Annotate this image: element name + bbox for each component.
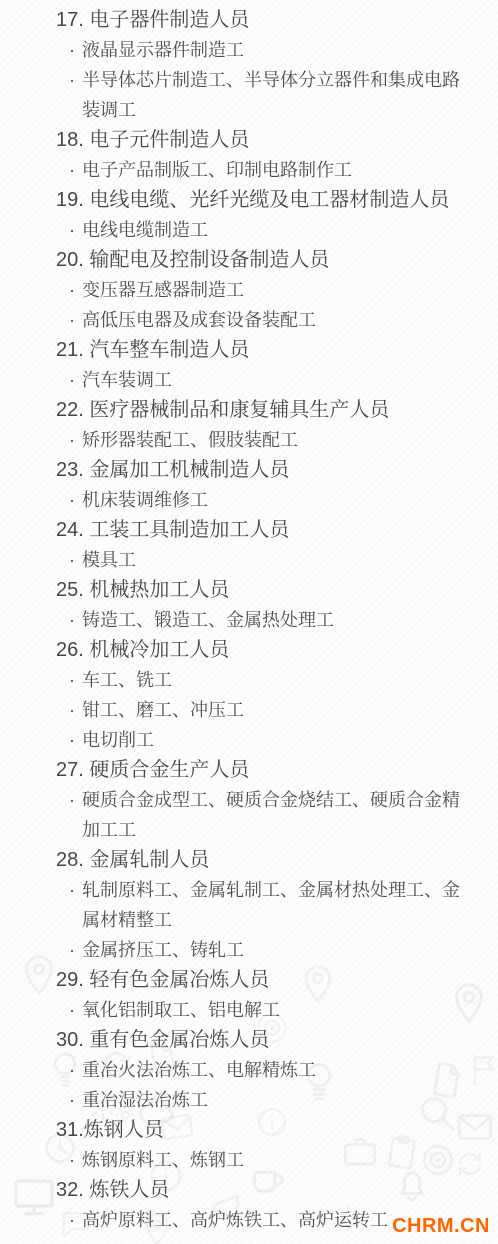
bullet-dot-icon: · <box>64 65 80 95</box>
occupation-item: 28. 金属轧制人员 · 轧制原料工、金属轧制工、金属材热处理工、金属材精整工 … <box>0 845 498 965</box>
occupation-heading: 25. 机械热加工人员 <box>0 575 498 605</box>
bullet-dot-icon: · <box>64 365 80 395</box>
bullet-dot-icon: · <box>64 1145 80 1175</box>
occupation-heading: 22. 医疗器械制品和康复辅具生产人员 <box>0 395 498 425</box>
entry-text: 液晶显示器件制造工 <box>82 40 244 60</box>
bullet-dot-icon: · <box>64 215 80 245</box>
occupation-entry: · 轧制原料工、金属轧制工、金属材热处理工、金属材精整工 <box>0 875 498 935</box>
occupation-heading: 30. 重有色金属冶炼人员 <box>0 1025 498 1055</box>
occupation-entry: · 汽车装调工 <box>0 365 498 395</box>
occupation-entry: · 机床装调维修工 <box>0 485 498 515</box>
occupation-heading: 31.炼钢人员 <box>0 1115 498 1145</box>
occupation-entry: · 高低压电器及成套设备装配工 <box>0 305 498 335</box>
occupation-entries: · 铸造工、锻造工、金属热处理工 <box>0 605 498 635</box>
occupation-entries: · 汽车装调工 <box>0 365 498 395</box>
bullet-dot-icon: · <box>64 665 80 695</box>
bullet-dot-icon: · <box>64 1205 80 1235</box>
occupation-heading: 20. 输配电及控制设备制造人员 <box>0 245 498 275</box>
bullet-dot-icon: · <box>64 725 80 755</box>
entry-text: 金属挤压工、铸轧工 <box>82 940 244 960</box>
entry-text: 重冶湿法冶炼工 <box>82 1090 208 1110</box>
entry-text: 重冶火法冶炼工、电解精炼工 <box>82 1060 316 1080</box>
occupation-heading: 17. 电子器件制造人员 <box>0 5 498 35</box>
entry-text: 汽车装调工 <box>82 370 172 390</box>
occupation-entry: · 硬质合金成型工、硬质合金烧结工、硬质合金精加工工 <box>0 785 498 845</box>
occupation-entry: · 电子产品制版工、印制电路制作工 <box>0 155 498 185</box>
entry-text: 半导体芯片制造工、半导体分立器件和集成电路装调工 <box>82 70 460 120</box>
entry-text: 电子产品制版工、印制电路制作工 <box>82 160 352 180</box>
occupation-entry: · 电线电缆制造工 <box>0 215 498 245</box>
entry-text: 铸造工、锻造工、金属热处理工 <box>82 610 334 630</box>
entry-text: 钳工、磨工、冲压工 <box>82 700 244 720</box>
occupation-entries: · 炼钢原料工、炼钢工 <box>0 1145 498 1175</box>
occupation-item: 18. 电子元件制造人员 · 电子产品制版工、印制电路制作工 <box>0 125 498 185</box>
occupation-heading: 18. 电子元件制造人员 <box>0 125 498 155</box>
bullet-dot-icon: · <box>64 605 80 635</box>
occupation-heading: 21. 汽车整车制造人员 <box>0 335 498 365</box>
bullet-dot-icon: · <box>64 1085 80 1115</box>
occupation-item: 20. 输配电及控制设备制造人员 · 变压器互感器制造工 · 高低压电器及成套设… <box>0 245 498 335</box>
occupation-entries: · 机床装调维修工 <box>0 485 498 515</box>
occupation-heading: 28. 金属轧制人员 <box>0 845 498 875</box>
occupation-heading: 27. 硬质合金生产人员 <box>0 755 498 785</box>
occupation-heading: 32. 炼铁人员 <box>0 1175 498 1205</box>
bullet-dot-icon: · <box>64 995 80 1025</box>
entry-text: 轧制原料工、金属轧制工、金属材热处理工、金属材精整工 <box>82 880 460 930</box>
occupation-item: 25. 机械热加工人员 · 铸造工、锻造工、金属热处理工 <box>0 575 498 635</box>
occupation-entries: · 电线电缆制造工 <box>0 215 498 245</box>
occupation-entries: · 模具工 <box>0 545 498 575</box>
bullet-dot-icon: · <box>64 1055 80 1085</box>
occupation-heading: 19. 电线电缆、光纤光缆及电工器材制造人员 <box>0 185 498 215</box>
occupation-entries: · 重冶火法冶炼工、电解精炼工 · 重冶湿法冶炼工 <box>0 1055 498 1115</box>
bullet-dot-icon: · <box>64 875 80 905</box>
bullet-dot-icon: · <box>64 275 80 305</box>
bullet-dot-icon: · <box>64 35 80 65</box>
occupation-entry: · 模具工 <box>0 545 498 575</box>
occupation-entry: · 电切削工 <box>0 725 498 755</box>
occupation-entries: · 变压器互感器制造工 · 高低压电器及成套设备装配工 <box>0 275 498 335</box>
occupation-entry: · 钳工、磨工、冲压工 <box>0 695 498 725</box>
occupation-item: 26. 机械冷加工人员 · 车工、铣工 · 钳工、磨工、冲压工 · 电切削工 <box>0 635 498 755</box>
bullet-dot-icon: · <box>64 155 80 185</box>
occupation-item: 17. 电子器件制造人员 · 液晶显示器件制造工 · 半导体芯片制造工、半导体分… <box>0 5 498 125</box>
occupation-item: 30. 重有色金属冶炼人员 · 重冶火法冶炼工、电解精炼工 · 重冶湿法冶炼工 <box>0 1025 498 1115</box>
occupation-entry: · 液晶显示器件制造工 <box>0 35 498 65</box>
occupation-entries: · 液晶显示器件制造工 · 半导体芯片制造工、半导体分立器件和集成电路装调工 <box>0 35 498 125</box>
entry-text: 高炉原料工、高炉炼铁工、高炉运转工 <box>82 1210 388 1230</box>
occupation-entry: · 重冶湿法冶炼工 <box>0 1085 498 1115</box>
entry-text: 高低压电器及成套设备装配工 <box>82 310 316 330</box>
bullet-dot-icon: · <box>64 485 80 515</box>
occupation-item: 29. 轻有色金属冶炼人员 · 氧化铝制取工、铝电解工 <box>0 965 498 1025</box>
occupation-item: 21. 汽车整车制造人员 · 汽车装调工 <box>0 335 498 395</box>
entry-text: 氧化铝制取工、铝电解工 <box>82 1000 280 1020</box>
occupation-item: 23. 金属加工机械制造人员 · 机床装调维修工 <box>0 455 498 515</box>
occupation-item: 27. 硬质合金生产人员 · 硬质合金成型工、硬质合金烧结工、硬质合金精加工工 <box>0 755 498 845</box>
bullet-dot-icon: · <box>64 305 80 335</box>
entry-text: 电线电缆制造工 <box>82 220 208 240</box>
occupation-entries: · 轧制原料工、金属轧制工、金属材热处理工、金属材精整工 · 金属挤压工、铸轧工 <box>0 875 498 965</box>
occupation-entries: · 电子产品制版工、印制电路制作工 <box>0 155 498 185</box>
bullet-dot-icon: · <box>64 545 80 575</box>
bullet-dot-icon: · <box>64 935 80 965</box>
watermark: CHRM.CN <box>392 1215 490 1238</box>
occupation-entry: · 重冶火法冶炼工、电解精炼工 <box>0 1055 498 1085</box>
occupation-heading: 23. 金属加工机械制造人员 <box>0 455 498 485</box>
occupation-list: 17. 电子器件制造人员 · 液晶显示器件制造工 · 半导体芯片制造工、半导体分… <box>0 0 498 1244</box>
entry-text: 硬质合金成型工、硬质合金烧结工、硬质合金精加工工 <box>82 790 460 840</box>
occupation-entries: · 氧化铝制取工、铝电解工 <box>0 995 498 1025</box>
occupation-entry: · 炼钢原料工、炼钢工 <box>0 1145 498 1175</box>
entry-text: 模具工 <box>82 550 136 570</box>
occupation-entry: · 氧化铝制取工、铝电解工 <box>0 995 498 1025</box>
occupation-heading: 24. 工装工具制造加工人员 <box>0 515 498 545</box>
entry-text: 机床装调维修工 <box>82 490 208 510</box>
entry-text: 变压器互感器制造工 <box>82 280 244 300</box>
occupation-entry: · 铸造工、锻造工、金属热处理工 <box>0 605 498 635</box>
occupation-entry: · 矫形器装配工、假肢装配工 <box>0 425 498 455</box>
occupation-item: 22. 医疗器械制品和康复辅具生产人员 · 矫形器装配工、假肢装配工 <box>0 395 498 455</box>
occupation-entries: · 矫形器装配工、假肢装配工 <box>0 425 498 455</box>
bullet-dot-icon: · <box>64 425 80 455</box>
bullet-dot-icon: · <box>64 695 80 725</box>
occupation-item: 31.炼钢人员 · 炼钢原料工、炼钢工 <box>0 1115 498 1175</box>
occupation-item: 24. 工装工具制造加工人员 · 模具工 <box>0 515 498 575</box>
entry-text: 矫形器装配工、假肢装配工 <box>82 430 298 450</box>
occupation-entries: · 车工、铣工 · 钳工、磨工、冲压工 · 电切削工 <box>0 665 498 755</box>
entry-text: 车工、铣工 <box>82 670 172 690</box>
occupation-entry: · 车工、铣工 <box>0 665 498 695</box>
occupation-heading: 26. 机械冷加工人员 <box>0 635 498 665</box>
occupation-item: 19. 电线电缆、光纤光缆及电工器材制造人员 · 电线电缆制造工 <box>0 185 498 245</box>
entry-text: 炼钢原料工、炼钢工 <box>82 1150 244 1170</box>
occupation-entries: · 硬质合金成型工、硬质合金烧结工、硬质合金精加工工 <box>0 785 498 845</box>
occupation-entry: · 变压器互感器制造工 <box>0 275 498 305</box>
occupation-entry: · 金属挤压工、铸轧工 <box>0 935 498 965</box>
occupation-heading: 29. 轻有色金属冶炼人员 <box>0 965 498 995</box>
entry-text: 电切削工 <box>82 730 154 750</box>
bullet-dot-icon: · <box>64 785 80 815</box>
occupation-entry: · 半导体芯片制造工、半导体分立器件和集成电路装调工 <box>0 65 498 125</box>
